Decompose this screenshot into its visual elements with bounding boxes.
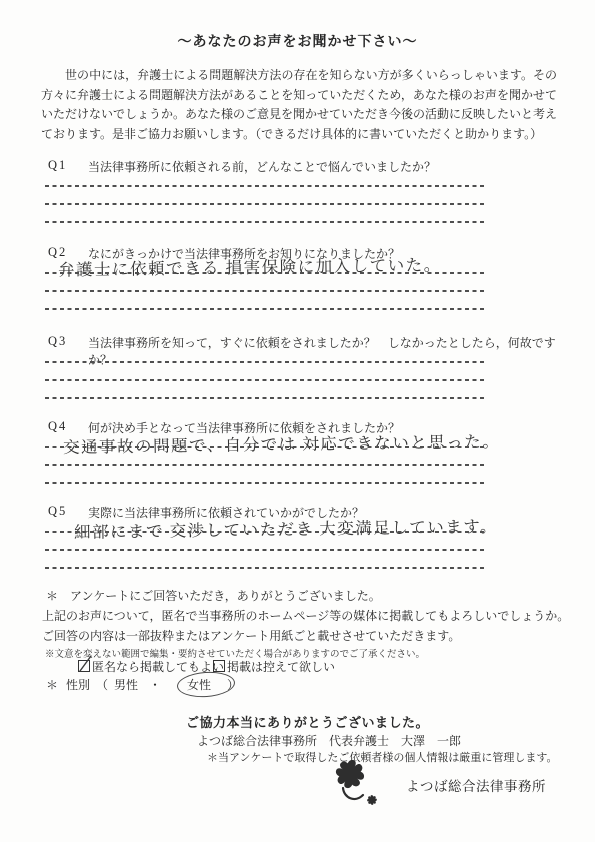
answer-line[interactable] <box>45 549 486 551</box>
gender-option-male[interactable]: 男性 <box>114 676 138 693</box>
question-text: 当法律事務所に依頼される前，どんなことで悩んでいましたか？ <box>88 158 566 175</box>
answer-line[interactable] <box>45 185 486 187</box>
closing-thanks: ご協力本当にありがとうございました。 <box>186 712 429 731</box>
answer-line[interactable] <box>45 361 486 363</box>
publish-permission-line: 上記のお声について，匿名で当事務所のホームページ等の媒体に掲載してもよろしいでし… <box>42 607 569 624</box>
gender-row: ＊ 性別 （ 男性 ・ 女性 ） <box>0 676 595 698</box>
firm-representative-line: よつば総合法律事務所 代表弁護士 大澤 一郎 <box>197 732 461 749</box>
answer-line[interactable] <box>45 203 486 205</box>
answer-line[interactable] <box>45 446 486 448</box>
handwritten-answer: 細部にまで 交渉していただき 大変満足しています。 <box>74 513 498 543</box>
question-block-2: Q2 なにがきっかけで当法律事務所をお知りになりましたか？ 弁護士に依頼できる … <box>0 245 595 335</box>
clover-logo-icon <box>330 756 396 808</box>
question-label: Q1 <box>48 158 67 173</box>
checkbox-empty-icon <box>213 660 225 672</box>
question-block-1: Q1 当法律事務所に依頼される前，どんなことで悩んでいましたか？ <box>0 158 595 248</box>
gender-asterisk: ＊ <box>46 676 58 693</box>
answer-line[interactable] <box>45 531 486 533</box>
answer-line[interactable] <box>45 464 486 466</box>
checkbox-no-publish-label: 掲載は控えて欲しい <box>227 658 335 675</box>
gender-open-paren: （ <box>96 676 108 693</box>
question-label: Q4 <box>48 419 67 434</box>
answer-line[interactable] <box>45 397 486 399</box>
checkbox-checked-icon <box>78 660 90 672</box>
question-block-4: Q4 何が決め手となって当法律事務所に依頼をされましたか？ 交通事故の問題で、自… <box>0 419 595 509</box>
intro-paragraph: 世の中には，弁護士による問題解決方法の存在を知らない方が多くいらっしゃいます。そ… <box>41 66 557 144</box>
answer-line[interactable] <box>45 308 486 310</box>
firm-logo-text: よつば総合法律事務所 <box>406 775 546 795</box>
question-label: Q3 <box>48 334 67 349</box>
survey-document: ～あなたのお声をお聞かせ下さい～ 世の中には，弁護士による問題解決方法の存在を知… <box>0 0 595 842</box>
answer-line[interactable] <box>45 272 486 274</box>
question-block-5: Q5 実際に当法律事務所に依頼されていかがでしたか？ 細部にまで 交渉していただ… <box>0 504 595 594</box>
publish-detail-line: ご回答の内容は一部抜粋またはアンケート用紙ごと載せさせていただきます。 <box>42 627 460 644</box>
answer-line[interactable] <box>45 482 486 484</box>
page-title: ～あなたのお声をお聞かせ下さい～ <box>0 31 595 51</box>
answer-line[interactable] <box>45 290 486 292</box>
question-block-3: Q3 当法律事務所を知って，すぐに依頼をされましたか？ しなかったとしたら，何故… <box>0 334 595 424</box>
survey-thanks-line: ＊ アンケートにご回答いただき，ありがとうございました。 <box>46 587 381 604</box>
handwritten-answer: 交通事故の問題で、自分では 対応できないと思った。 <box>63 428 501 458</box>
gender-field-label: 性別 <box>66 676 90 693</box>
question-label: Q5 <box>48 504 67 519</box>
gender-separator: ・ <box>149 676 161 693</box>
publish-options-row: 匿名なら掲載してもよい 掲載は控えて欲しい <box>0 658 595 676</box>
answer-line[interactable] <box>45 379 486 381</box>
answer-line[interactable] <box>45 567 486 569</box>
answer-line[interactable] <box>45 221 486 223</box>
handwritten-answer: 弁護士に依頼できる 損害保険に加入していた。 <box>58 251 442 280</box>
